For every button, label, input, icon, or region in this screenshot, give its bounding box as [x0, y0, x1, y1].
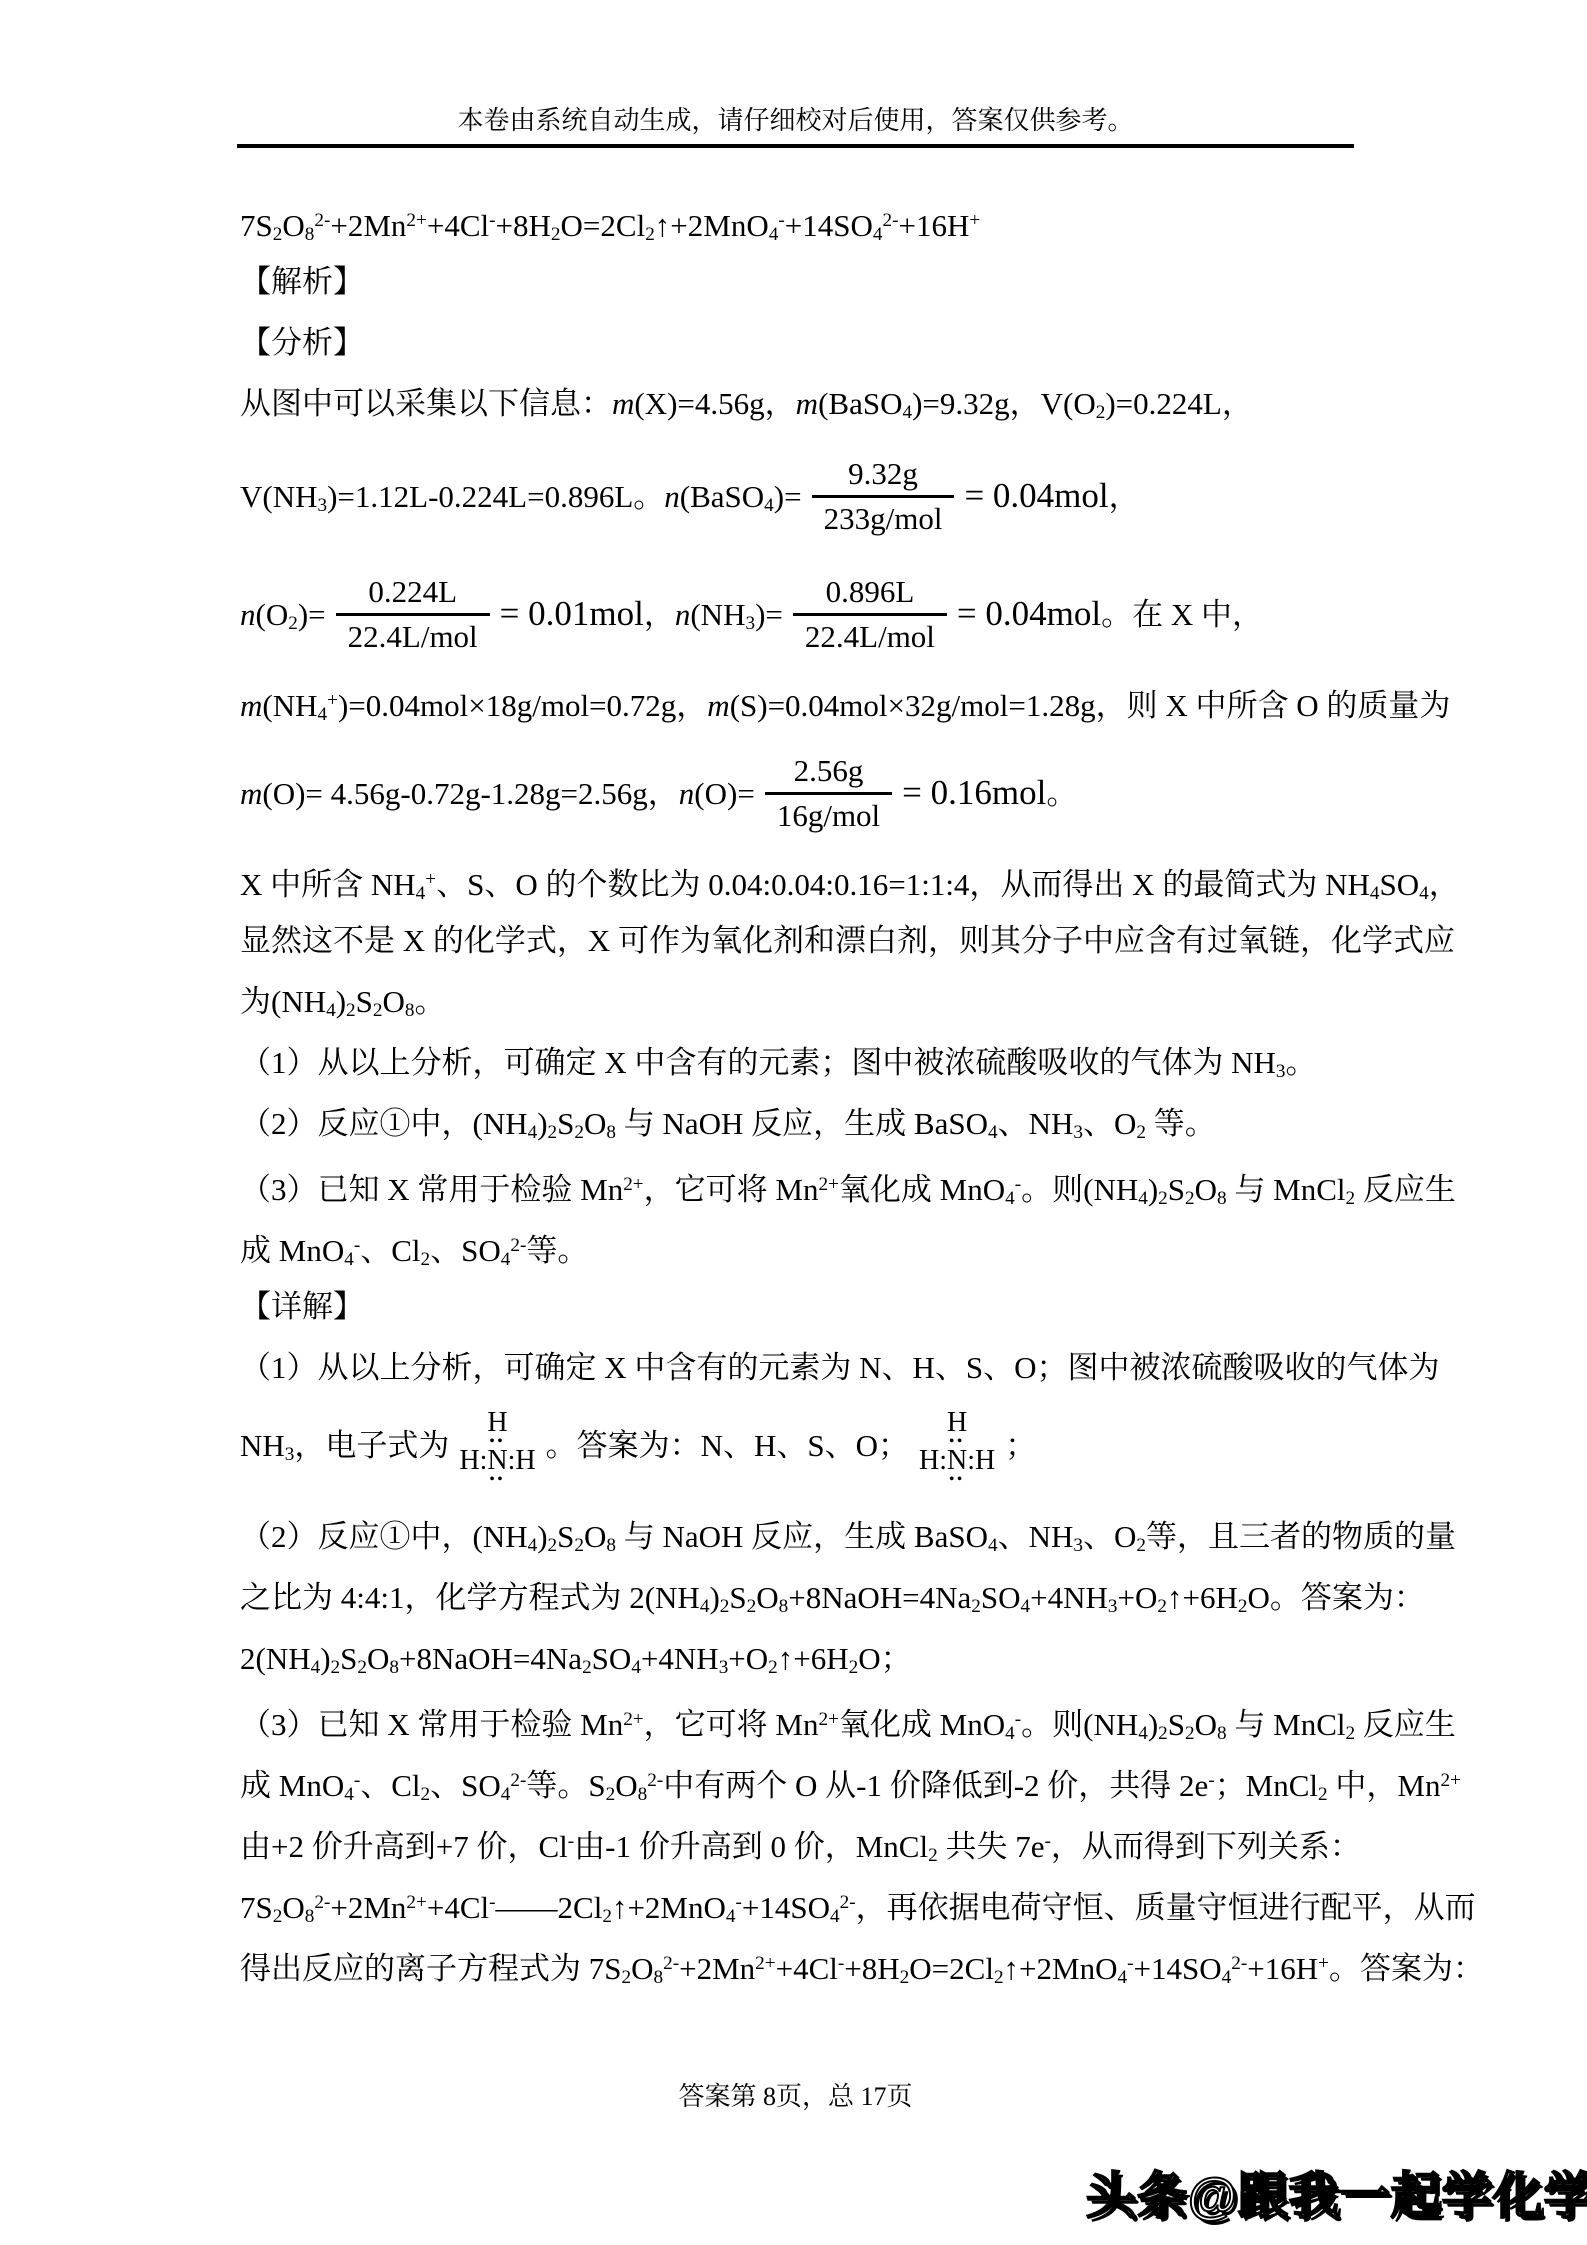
doc-line-13: （2）反应①中，(NH4)2S2O8 与 NaOH 反应，生成 BaSO4、NH…	[240, 1093, 1355, 1154]
doc-line-7: m(NH4+)=0.04mol×18g/mol=0.72g，m(S)=0.04m…	[240, 670, 1355, 731]
superscript: 2+	[406, 210, 426, 231]
subscript: 2	[331, 1657, 341, 1678]
subscript: 2	[421, 1784, 431, 1805]
subscript: 2	[900, 1967, 910, 1988]
superscript: +	[1318, 1953, 1329, 1974]
math-variable: n	[675, 597, 691, 632]
doc-line-12: （1）从以上分析，可确定 X 中含有的元素；图中被浓硫酸吸收的气体为 NH3。	[240, 1032, 1355, 1093]
doc-line-25: 7S2O82-+2Mn2++4Cl-——2Cl2↑+2MnO4-+14SO42-…	[240, 1872, 1355, 1933]
subscript: 2	[1185, 1723, 1195, 1744]
subscript: 8	[405, 1000, 415, 1021]
subscript: 2	[720, 1596, 730, 1617]
doc-line-11: 为(NH4)2S2O8。	[240, 971, 1355, 1032]
subscript: 4	[1005, 1723, 1015, 1744]
superscript: +	[327, 690, 338, 711]
math-variable: m	[796, 386, 818, 421]
subscript: 4	[988, 1122, 998, 1143]
superscript: -	[354, 1770, 360, 1791]
subscript: 2	[602, 1906, 612, 1927]
subscript: 8	[305, 224, 315, 245]
superscript: 2+	[755, 1953, 775, 1974]
subscript: 8	[654, 1967, 664, 1988]
subscript: 4	[1138, 1188, 1148, 1209]
subscript: 2	[288, 613, 298, 634]
lewis-lone-pair-dots: ••	[919, 1475, 995, 1485]
lewis-lone-pair-dots: ••	[459, 1475, 535, 1485]
fraction: 0.224L22.4L/mol	[336, 574, 490, 655]
subscript: 2	[1346, 1188, 1356, 1209]
fraction-numerator: 2.56g	[765, 753, 892, 792]
subscript: 2	[346, 1000, 356, 1021]
subscript: 2	[1185, 1188, 1195, 1209]
superscript: -	[1015, 1709, 1021, 1730]
doc-line-1: 7S2O82-+2Mn2++4Cl-+8H2O=2Cl2↑+2MnO4-+14S…	[240, 190, 1355, 251]
subscript: 4	[1117, 1967, 1127, 1988]
subscript: 2	[1157, 1596, 1167, 1617]
subscript: 4	[1021, 1596, 1031, 1617]
subscript: 2	[582, 1657, 592, 1678]
doc-line-20: 之比为 4:4:1，化学方程式为 2(NH4)2S2O8+8NaOH=4Na2S…	[240, 1567, 1355, 1628]
subscript: 2	[606, 1784, 616, 1805]
fraction: 2.56g16g/mol	[765, 753, 892, 834]
subscript: 3	[719, 1657, 729, 1678]
lewis-top-h: H	[919, 1409, 995, 1437]
math-variable: m	[240, 776, 262, 811]
math-variable: n	[679, 776, 695, 811]
subscript: 4	[988, 1535, 998, 1556]
doc-line-21: 2(NH4)2S2O8+8NaOH=4Na2SO4+4NH3+O2↑+6H2O；	[240, 1628, 1355, 1689]
superscript: 2+	[623, 1174, 643, 1195]
doc-line-17: （1）从以上分析，可确定 X 中含有的元素为 N、H、S、O；图中被浓硫酸吸收的…	[240, 1337, 1355, 1398]
superscript: -	[1015, 1174, 1021, 1195]
subscript: 2	[574, 1122, 584, 1143]
superscript: 2+	[623, 1709, 643, 1730]
subscript: 4	[326, 1000, 336, 1021]
subscript: 3	[1276, 1061, 1286, 1082]
subscript: 8	[1217, 1188, 1227, 1209]
subscript: 2	[928, 1845, 938, 1866]
subscript: 8	[779, 1596, 789, 1617]
superscript: -	[1044, 1831, 1050, 1852]
subscript: 8	[638, 1784, 648, 1805]
fraction-denominator: 233g/mol	[812, 495, 955, 537]
math-variable: m	[240, 688, 262, 723]
watermark-text: 头条@跟我一起学化学	[1086, 2156, 1587, 2228]
fraction: 9.32g233g/mol	[812, 456, 955, 537]
subscript: 2	[645, 224, 655, 245]
subscript: 4	[311, 1657, 321, 1678]
footer-page-number: 答案第 8页，总 17页	[237, 2076, 1354, 2113]
superscript: -	[778, 210, 784, 231]
equation-result: = 0.04mol	[957, 594, 1101, 633]
superscript: -	[838, 1953, 844, 1974]
header-rule	[237, 144, 1354, 148]
subscript: 3	[745, 613, 755, 634]
subscript: 2	[548, 1122, 558, 1143]
superscript: +	[969, 210, 980, 231]
superscript: -	[354, 1235, 360, 1256]
doc-line-23: 成 MnO4-、Cl2、SO42-等。S2O82-中有两个 O 从-1 价降低到…	[240, 1750, 1355, 1811]
doc-line-10: 显然这不是 X 的化学式，X 可作为氧化剂和漂白剂，则其分子中应含有过氧链，化学…	[240, 910, 1355, 971]
superscript: 2-	[314, 1892, 330, 1913]
subscript: 2	[357, 1657, 367, 1678]
subscript: 4	[1419, 883, 1429, 904]
superscript: 2-	[840, 1892, 856, 1913]
subscript: 2	[1346, 1723, 1356, 1744]
subscript: 4	[769, 224, 779, 245]
subscript: 4	[344, 1249, 354, 1270]
subscript: 2	[971, 1596, 981, 1617]
lewis-mid-row: H:N:H	[459, 1447, 535, 1475]
subscript: 4	[344, 1784, 354, 1805]
math-variable: n	[664, 479, 680, 514]
doc-line-5: V(NH3)=1.12L-0.224L=0.896L。n(BaSO4)=9.32…	[240, 440, 1355, 552]
subscript: 2	[273, 1906, 283, 1927]
subscript: 4	[318, 704, 328, 725]
fraction-denominator: 22.4L/mol	[336, 613, 490, 655]
subscript: 8	[606, 1535, 616, 1556]
subscript: 4	[902, 402, 912, 423]
subscript: 2	[574, 1535, 584, 1556]
subscript: 3	[285, 1444, 295, 1465]
subscript: 3	[1073, 1122, 1083, 1143]
superscript: 2+	[818, 1174, 838, 1195]
fraction: 0.896L22.4L/mol	[793, 574, 947, 655]
superscript: 2-	[647, 1770, 663, 1791]
lewis-mid-row: H:N:H	[919, 1447, 995, 1475]
subscript: 4	[631, 1657, 641, 1678]
subscript: 2	[622, 1967, 632, 1988]
subscript: 2	[768, 1657, 778, 1678]
subscript: 2	[551, 224, 561, 245]
superscript: -	[489, 210, 495, 231]
subscript: 2	[1318, 1784, 1328, 1805]
subscript: 4	[528, 1122, 538, 1143]
subscript: 2	[273, 224, 283, 245]
doc-line-16: 【详解】	[240, 1276, 1355, 1337]
lewis-structure-nh3: H••H:N:H••	[459, 1409, 535, 1485]
doc-line-26: 得出反应的离子方程式为 7S2O82-+2Mn2++4Cl-+8H2O=2Cl2…	[240, 1933, 1355, 1994]
subscript: 8	[606, 1122, 616, 1143]
doc-line-22: （3）已知 X 常用于检验 Mn2+，它可将 Mn2+氧化成 MnO4-。则(N…	[240, 1689, 1355, 1750]
subscript: 2	[548, 1535, 558, 1556]
subscript: 3	[1073, 1535, 1083, 1556]
subscript: 2	[1238, 1596, 1248, 1617]
superscript: 2-	[663, 1953, 679, 1974]
subscript: 2	[747, 1596, 757, 1617]
superscript: 2-	[882, 210, 898, 231]
superscript: 2+	[818, 1709, 838, 1730]
subscript: 8	[389, 1657, 399, 1678]
subscript: 4	[1370, 883, 1380, 904]
header-notice: 本卷由系统自动生成，请仔细校对后使用，答案仅供参考。	[237, 106, 1354, 136]
subscript: 2	[421, 1249, 431, 1270]
subscript: 2	[1136, 1535, 1146, 1556]
subscript: 4	[830, 1906, 840, 1927]
superscript: -	[1127, 1953, 1133, 1974]
doc-line-9: X 中所含 NH4+、S、O 的个数比为 0.04:0.04:0.16=1:1:…	[240, 849, 1355, 910]
doc-line-4: 从图中可以采集以下信息：m(X)=4.56g，m(BaSO4)=9.32g，V(…	[240, 373, 1355, 434]
subscript: 4	[501, 1784, 511, 1805]
fraction-denominator: 16g/mol	[765, 792, 892, 834]
doc-line-2: 【解析】	[240, 251, 1355, 312]
superscript: -	[489, 1892, 495, 1913]
fraction-denominator: 22.4L/mol	[793, 613, 947, 655]
subscript: 2	[1096, 402, 1106, 423]
superscript: 2-	[1231, 1953, 1247, 1974]
subscript: 2	[1158, 1723, 1168, 1744]
subscript: 2	[1158, 1188, 1168, 1209]
doc-line-8: m(O)= 4.56g-0.72g-1.28g=2.56g，n(O)=2.56g…	[240, 737, 1355, 849]
doc-line-3: 【分析】	[240, 312, 1355, 373]
subscript: 8	[1217, 1723, 1227, 1744]
subscript: 4	[1005, 1188, 1015, 1209]
doc-line-19: （2）反应①中，(NH4)2S2O8 与 NaOH 反应，生成 BaSO4、NH…	[240, 1506, 1355, 1567]
lewis-structure-nh3: H••H:N:H••	[919, 1409, 995, 1485]
superscript: 2+	[406, 1892, 426, 1913]
superscript: 2-	[510, 1770, 526, 1791]
superscript: -	[735, 1892, 741, 1913]
subscript: 4	[528, 1535, 538, 1556]
fraction-numerator: 9.32g	[812, 456, 955, 495]
subscript: 4	[764, 495, 774, 516]
fraction-numerator: 0.896L	[793, 574, 947, 613]
subscript: 4	[501, 1249, 511, 1270]
doc-line-14: （3）已知 X 常用于检验 Mn2+，它可将 Mn2+氧化成 MnO4-。则(N…	[240, 1154, 1355, 1215]
subscript: 2	[1136, 1122, 1146, 1143]
subscript: 8	[305, 1906, 315, 1927]
subscript: 4	[700, 1596, 710, 1617]
subscript: 4	[416, 883, 426, 904]
fraction-numerator: 0.224L	[336, 574, 490, 613]
lewis-top-h: H	[459, 1409, 535, 1437]
subscript: 2	[373, 1000, 383, 1021]
subscript: 3	[1108, 1596, 1118, 1617]
doc-line-6: n(O2)=0.224L22.4L/mol= 0.01mol，n(NH3)=0.…	[240, 558, 1355, 670]
math-variable: m	[612, 386, 634, 421]
superscript: +	[425, 869, 436, 890]
doc-line-24: 由+2 价升高到+7 价，Cl-由-1 价升高到 0 价，MnCl2 共失 7e…	[240, 1811, 1355, 1872]
subscript: 3	[318, 495, 328, 516]
equation-result: = 0.16mol	[902, 773, 1046, 812]
superscript: 2+	[1440, 1770, 1460, 1791]
math-variable: n	[240, 597, 256, 632]
subscript: 4	[1222, 1967, 1232, 1988]
doc-line-15: 成 MnO4-、Cl2、SO42-等。	[240, 1215, 1355, 1276]
doc-line-18: NH3，电子式为H••H:N:H••。答案为：N、H、S、O；H••H:N:H•…	[240, 1398, 1355, 1494]
document-page: { "page": {"width": 1587, "height": 2245…	[0, 0, 1587, 2245]
equation-result: = 0.01mol	[500, 594, 644, 633]
superscript: 2-	[510, 1235, 526, 1256]
math-variable: m	[707, 688, 729, 723]
subscript: 2	[849, 1657, 859, 1678]
subscript: 4	[1138, 1723, 1148, 1744]
superscript: 2-	[314, 210, 330, 231]
subscript: 2	[994, 1967, 1004, 1988]
page: 本卷由系统自动生成，请仔细校对后使用，答案仅供参考。 7S2O82-+2Mn2+…	[0, 0, 1587, 2245]
superscript: -	[568, 1831, 574, 1852]
document-body: 7S2O82-+2Mn2++4Cl-+8H2O=2Cl2↑+2MnO4-+14S…	[240, 190, 1355, 1994]
equation-result: = 0.04mol	[964, 476, 1108, 515]
superscript: -	[1208, 1770, 1214, 1791]
